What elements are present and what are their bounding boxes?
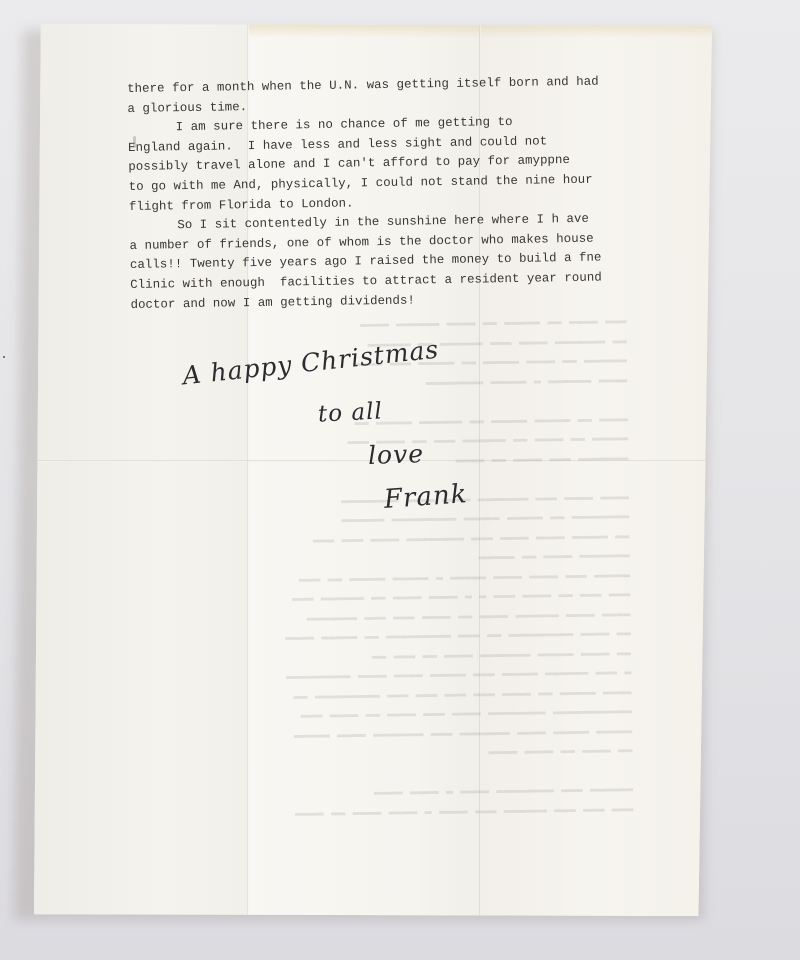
background-speck	[3, 356, 5, 358]
handwritten-to-all: to all	[317, 398, 383, 427]
handwritten-love: love	[368, 439, 425, 470]
typed-letter-body: there for a month when the U.N. was gett…	[127, 72, 631, 315]
reverse-side-show-through: ▬▬▬ ▬▬▬▬ ▬▬ ▬▬▬▬▬ ▬▬ ▬▬▬▬ ▬▬▬▬▬▬ ▬▬▬▬ ▬▬…	[136, 312, 633, 826]
handwritten-signature: Frank	[383, 479, 468, 515]
paragraph: I am sure there is no chance of me getti…	[128, 111, 629, 217]
paragraph: So I sit contentedly in the sunshine her…	[129, 209, 630, 315]
